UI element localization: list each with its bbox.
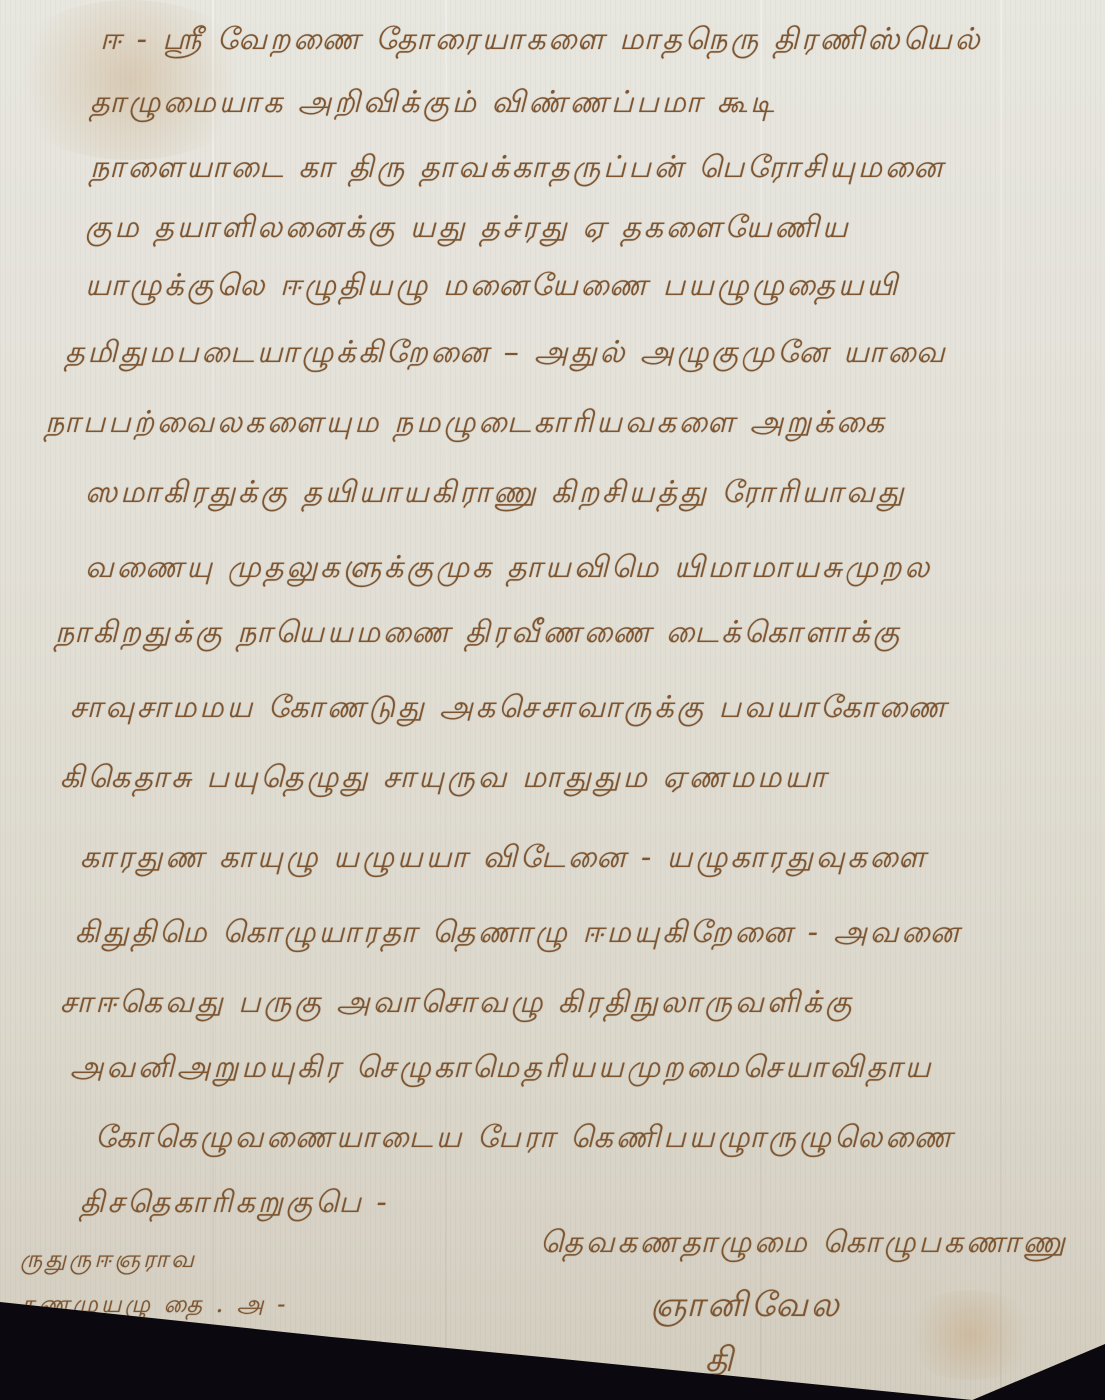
letter-line-6: தமிதுமபடையாழுக்கிறேனை – அதுல் அழுகுமுனே … — [65, 335, 948, 374]
signature: ஞானிவேல — [650, 1285, 842, 1329]
letter-line-14: கிதுதிமெ கொழுயாரதா தெணாழு ஈமயுகிறேனை - அ… — [75, 915, 962, 954]
closing-right-line: தெவகணதாழுமை கொழுபகணாணு — [540, 1225, 1068, 1264]
letter-line-3: நாளையாடை கா திரு தாவக்காதருப்பன் பெரோசிய… — [90, 150, 945, 189]
date-line-1: ருதுருஈஞராவ — [20, 1245, 197, 1276]
letter-line-2: தாழுமையாக அறிவிக்கும் விண்ணப்பமா கூடி — [90, 85, 777, 124]
aged-paper-sheet: ஈ - ஸ்ரீ வேறணை தோரையாகளை மாதநெரு திரணிஸ்… — [0, 0, 1105, 1400]
letter-line-7: நாபபற்வைலகளையும நமழுடைகாரியவகளை அறுக்கை — [45, 405, 887, 444]
paper-fold-line — [1000, 0, 1002, 1400]
letter-line-4: கும தயாளிலனைக்கு யது தச்ரது ஏ தகளையேணிய — [85, 210, 851, 249]
letter-line-16: அவனிஅறுமயுகிர செழுகாமெதரியயமுறமைசெயாவிதா… — [70, 1050, 933, 1089]
letter-line-15: சாஈகெவது பருகு அவாசொவழு கிரதிநுலாருவளிக்… — [60, 985, 855, 1024]
letter-line-5: யாழுக்குலெ ஈழுதியழு மனையேணை பயழுழுதையயி — [85, 268, 900, 307]
letter-line-1: ஈ - ஸ்ரீ வேறணை தோரையாகளை மாதநெரு திரணிஸ்… — [100, 22, 983, 61]
letter-line-9: வணையு முதலுகளுக்குமுக தாயவிமெ யிமாமாயசும… — [85, 550, 932, 589]
letter-line-11: சாவுசாமமய கோணடுது அகசெசாவாருக்கு பவயாகோண… — [70, 690, 949, 729]
signature-mark: தி — [705, 1340, 736, 1384]
closing-left-line: திசதெகாரிகறுகுபெ - — [80, 1185, 390, 1224]
letter-line-17: கோகெழுவணையாடைய பேரா கெணிபயழுாருழுலெணை — [95, 1120, 955, 1159]
paper-stain — [900, 1290, 1040, 1380]
letter-line-8: ஸமாகிரதுக்கு தயியாயகிராணு கிறசியத்து ரோர… — [85, 475, 907, 514]
letter-line-13: காரதுண காயுழு யழுயயா விடேனை - யழுகாரதுவு… — [80, 840, 928, 879]
letter-line-12: கிகெதாசு பயுதெழுது சாயுருவ மாதுதும ஏணமமய… — [60, 760, 829, 799]
date-line-2: தணழுயழு தை . அ - — [20, 1290, 288, 1321]
letter-line-10: நாகிறதுக்கு நாயெயமணை திரவீணணை டைக்கொளாக்… — [55, 615, 902, 654]
